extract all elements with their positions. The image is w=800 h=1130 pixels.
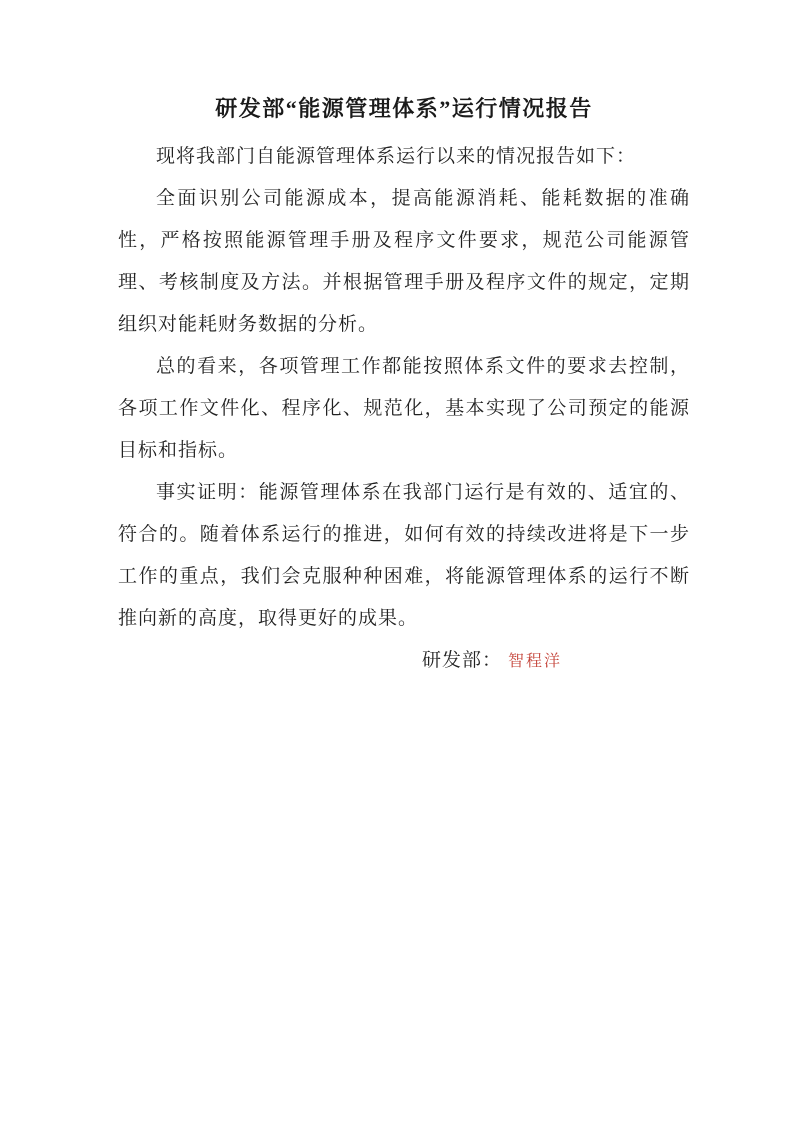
- document-content: 研发部“能源管理体系”运行情况报告 现将我部门自能源管理体系运行以来的情况报告如…: [0, 0, 800, 683]
- paragraph-conclusion: 事实证明：能源管理体系在我部门运行是有效的、适宜的、符合的。随着体系运行的推进，…: [118, 472, 690, 640]
- signature-name: 智程洋: [508, 653, 562, 670]
- signature-department-label: 研发部：: [422, 650, 502, 671]
- paragraph-intro: 现将我部门自能源管理体系运行以来的情况报告如下：: [118, 136, 690, 178]
- document-title: 研发部“能源管理体系”运行情况报告: [118, 94, 690, 124]
- paragraph-overall-review: 总的看来，各项管理工作都能按照体系文件的要求去控制，各项工作文件化、程序化、规范…: [118, 346, 690, 472]
- document-page: 研发部“能源管理体系”运行情况报告 现将我部门自能源管理体系运行以来的情况报告如…: [0, 0, 800, 1130]
- signature-line: 研发部：智程洋: [118, 640, 690, 683]
- paragraph-energy-cost: 全面识别公司能源成本，提高能源消耗、能耗数据的准确性，严格按照能源管理手册及程序…: [118, 178, 690, 346]
